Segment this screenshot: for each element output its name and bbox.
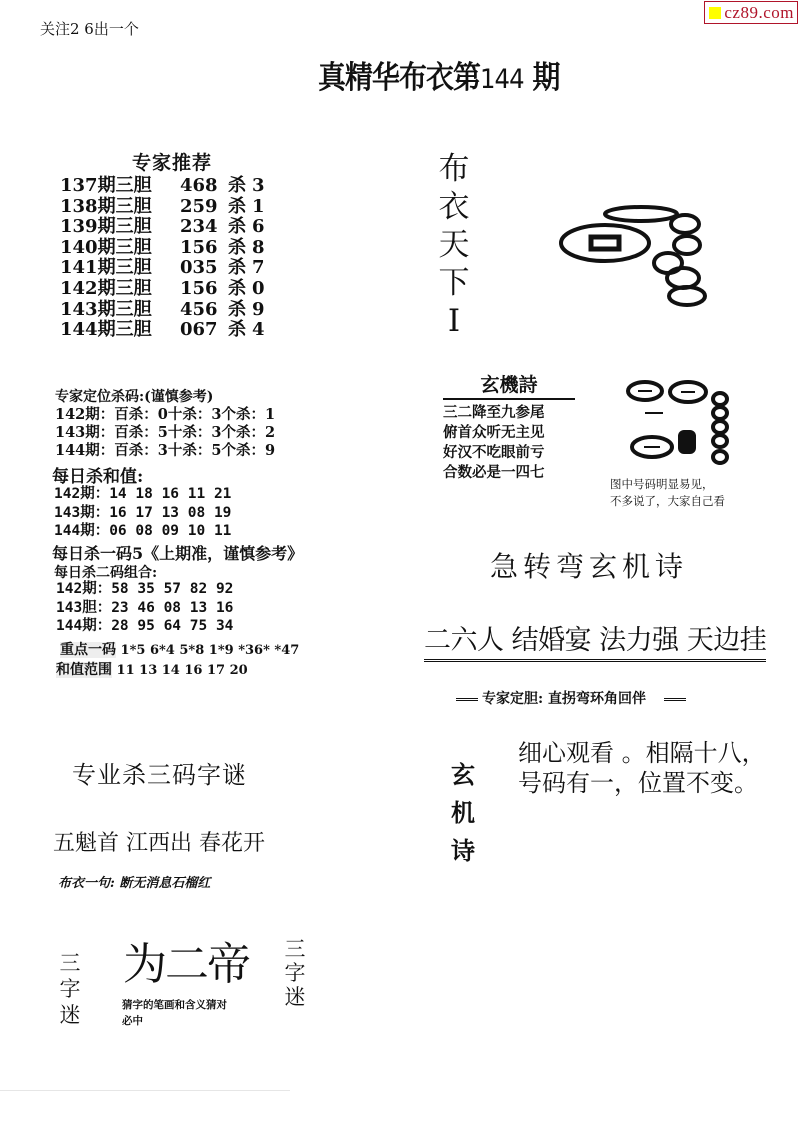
top-note: 关注2 6出一个 (40, 18, 139, 39)
kill-value: 0 (252, 279, 265, 300)
divider (0, 1090, 290, 1091)
kill-label: 杀 (228, 320, 252, 341)
riddle-line: 二六人 结婚宴 法力强 天边挂 (424, 618, 766, 662)
buyi-line: 布衣一句: 断无消息石榴红 (58, 872, 210, 891)
kill-label: 杀 (228, 300, 252, 321)
list-item: 143期：16 17 13 08 19 (54, 504, 231, 523)
digits: 456 (180, 300, 228, 321)
page-title: 真精华布衣第144 期 (318, 52, 560, 97)
kill-value: 1 (252, 197, 265, 218)
expert-dan-label: 专家定胆: (482, 691, 543, 707)
list-item: 144期：28 95 64 75 34 (56, 617, 233, 636)
vertical-title: 布 衣 天 下 I (434, 150, 474, 340)
title-suffix: 期 (533, 60, 560, 96)
note-line: 不多说了，大家自己看 (610, 493, 725, 510)
position-kill-heading: 专家定位杀码:(谨慎参考) (55, 388, 275, 406)
vertical-char: 布 (434, 150, 474, 188)
vertical-char: 天 (434, 226, 474, 264)
sum-range-label: 和值范围 (56, 662, 112, 678)
note-line: 图中号码明显易见， (610, 476, 725, 493)
daily-kill-two-heading: 每日杀二码组合: (54, 562, 157, 582)
vertical-char: 玄 (448, 756, 478, 794)
xuanji-text: 细心观看 。相隔十八， 号码有一，位置不变。 (518, 738, 766, 798)
kill-value: 4 (252, 320, 265, 341)
vertical-char: 衣 (434, 188, 474, 226)
list-item: 142期：百杀：0十杀：3个杀：1 (55, 406, 275, 424)
kill-label: 杀 (228, 217, 252, 238)
period: 137期三胆 (60, 176, 180, 197)
period: 138期三胆 (60, 197, 180, 218)
coin-face-picture-icon (618, 375, 738, 465)
xuanji-line: 细心观看 。相隔十八， (518, 738, 766, 768)
kill-label: 杀 (228, 197, 252, 218)
vertical-char: 字 (58, 976, 82, 1002)
xuanji-vertical-label: 玄 机 诗 (448, 756, 478, 870)
vertical-char: 三 (283, 937, 307, 961)
vertical-char: 迷 (58, 1002, 82, 1028)
list-item: 143胆：23 46 08 13 16 (56, 599, 233, 618)
poem-line: 好汉不吃眼前亏 (443, 443, 575, 463)
period: 144期三胆 (60, 320, 180, 341)
list-item: 143期：百杀：5十杀：3个杀：2 (55, 424, 275, 442)
expert-dan: 专家定胆: 直拐弯环角回伴 (452, 688, 690, 708)
digits: 067 (180, 320, 228, 341)
period: 143期三胆 (60, 300, 180, 321)
ancient-coins-icon (555, 200, 715, 310)
vertical-char: I (434, 302, 474, 340)
period: 140期三胆 (60, 238, 180, 259)
riddle-hint: 猜字的笔画和含义猜对必中 (122, 997, 232, 1029)
list-item: 137期三胆468杀3 (60, 176, 265, 197)
vertical-char: 机 (448, 794, 478, 832)
buyi-label: 布衣一句: (58, 876, 115, 891)
list-item: 142期三胆156杀0 (60, 279, 265, 300)
kill-value: 7 (252, 258, 265, 279)
mystic-poem: 玄機詩 三二降至九参尾 俯首众听无主见 好汉不吃眼前亏 合数必是一四七 (443, 370, 575, 483)
period: 139期三胆 (60, 217, 180, 238)
digits: 156 (180, 279, 228, 300)
digits: 259 (180, 197, 228, 218)
kill-value: 9 (252, 300, 265, 321)
title-prefix: 真精华布衣第 (318, 60, 480, 96)
kill-value: 3 (252, 176, 265, 197)
right-vertical-label: 三 字 迷 (283, 937, 307, 1009)
sum-range-value: 11 13 14 16 17 20 (117, 663, 248, 678)
picture-note: 图中号码明显易见， 不多说了，大家自己看 (610, 476, 725, 510)
expert-recommend-list: 137期三胆468杀3 138期三胆259杀1 139期三胆234杀6 140期… (60, 176, 265, 341)
list-item: 139期三胆234杀6 (60, 217, 265, 238)
kill-label: 杀 (228, 238, 252, 259)
riddle-clue: 五魁首 江西出 春花开 (53, 826, 265, 857)
digits: 035 (180, 258, 228, 279)
vertical-char: 字 (283, 961, 307, 985)
list-item: 140期三胆156杀8 (60, 238, 265, 259)
list-item: 144期三胆067杀4 (60, 320, 265, 341)
poem-title: 玄機詩 (443, 370, 575, 400)
big-riddle-text: 为二帝 (123, 928, 249, 992)
vertical-char: 诗 (448, 832, 478, 870)
daily-kill-one: 每日杀一码5《上期准，谨慎参考》 (52, 541, 303, 564)
focus-code: 重点一码 1*5 6*4 5*8 1*9 *36* *47 (60, 639, 299, 659)
vertical-char: 迷 (283, 985, 307, 1009)
daily-kill-two-list: 142期：58 35 57 82 92 143胆：23 46 08 13 16 … (56, 580, 233, 636)
kill-value: 6 (252, 217, 265, 238)
watermark-text: cz89.com (724, 3, 794, 23)
list-item: 144期：06 08 09 10 11 (54, 522, 231, 541)
vertical-char: 下 (434, 264, 474, 302)
poem-line: 合数必是一四七 (443, 463, 575, 483)
expert-dan-value: 直拐弯环角回伴 (548, 691, 646, 707)
title-issue: 144 (480, 64, 524, 95)
sum-range: 和值范围 11 13 14 16 17 20 (56, 659, 248, 679)
list-item: 143期三胆456杀9 (60, 300, 265, 321)
list-item: 141期三胆035杀7 (60, 258, 265, 279)
daily-sum-kill-heading: 每日杀和值: (52, 462, 143, 487)
expert-recommend-heading: 专家推荐 (132, 148, 212, 175)
buyi-value: 断无消息石榴红 (119, 876, 210, 891)
poem-line: 三二降至九参尾 (443, 403, 575, 423)
list-item: 144期：百杀：3十杀：5个杀：9 (55, 442, 275, 460)
watermark-badge[interactable]: cz89.com (704, 1, 798, 24)
kill-label: 杀 (228, 279, 252, 300)
digits: 468 (180, 176, 228, 197)
daily-sum-kill-list: 142期：14 18 16 11 21 143期：16 17 13 08 19 … (54, 485, 231, 541)
divider (664, 698, 686, 701)
kill-label: 杀 (228, 176, 252, 197)
vertical-char: 三 (58, 950, 82, 976)
period: 141期三胆 (60, 258, 180, 279)
kill-value: 8 (252, 238, 265, 259)
poem-line: 俯首众听无主见 (443, 423, 575, 443)
divider (456, 698, 478, 701)
list-item: 142期：58 35 57 82 92 (56, 580, 233, 599)
riddle-section-title: 专业杀三码字谜 (72, 755, 247, 790)
period: 142期三胆 (60, 279, 180, 300)
list-item: 138期三胆259杀1 (60, 197, 265, 218)
left-vertical-label: 三 字 迷 (58, 950, 82, 1028)
watermark-square-icon (709, 7, 721, 19)
digits: 156 (180, 238, 228, 259)
digits: 234 (180, 217, 228, 238)
list-item: 142期：14 18 16 11 21 (54, 485, 231, 504)
position-kill-block: 专家定位杀码:(谨慎参考) 142期：百杀：0十杀：3个杀：1 143期：百杀：… (55, 388, 275, 460)
focus-code-label: 重点一码 (60, 642, 116, 658)
turn-poem-title: 急转弯玄机诗 (490, 545, 688, 585)
kill-label: 杀 (228, 258, 252, 279)
focus-code-value: 1*5 6*4 5*8 1*9 *36* *47 (121, 643, 300, 658)
xuanji-line: 号码有一，位置不变。 (518, 768, 766, 798)
